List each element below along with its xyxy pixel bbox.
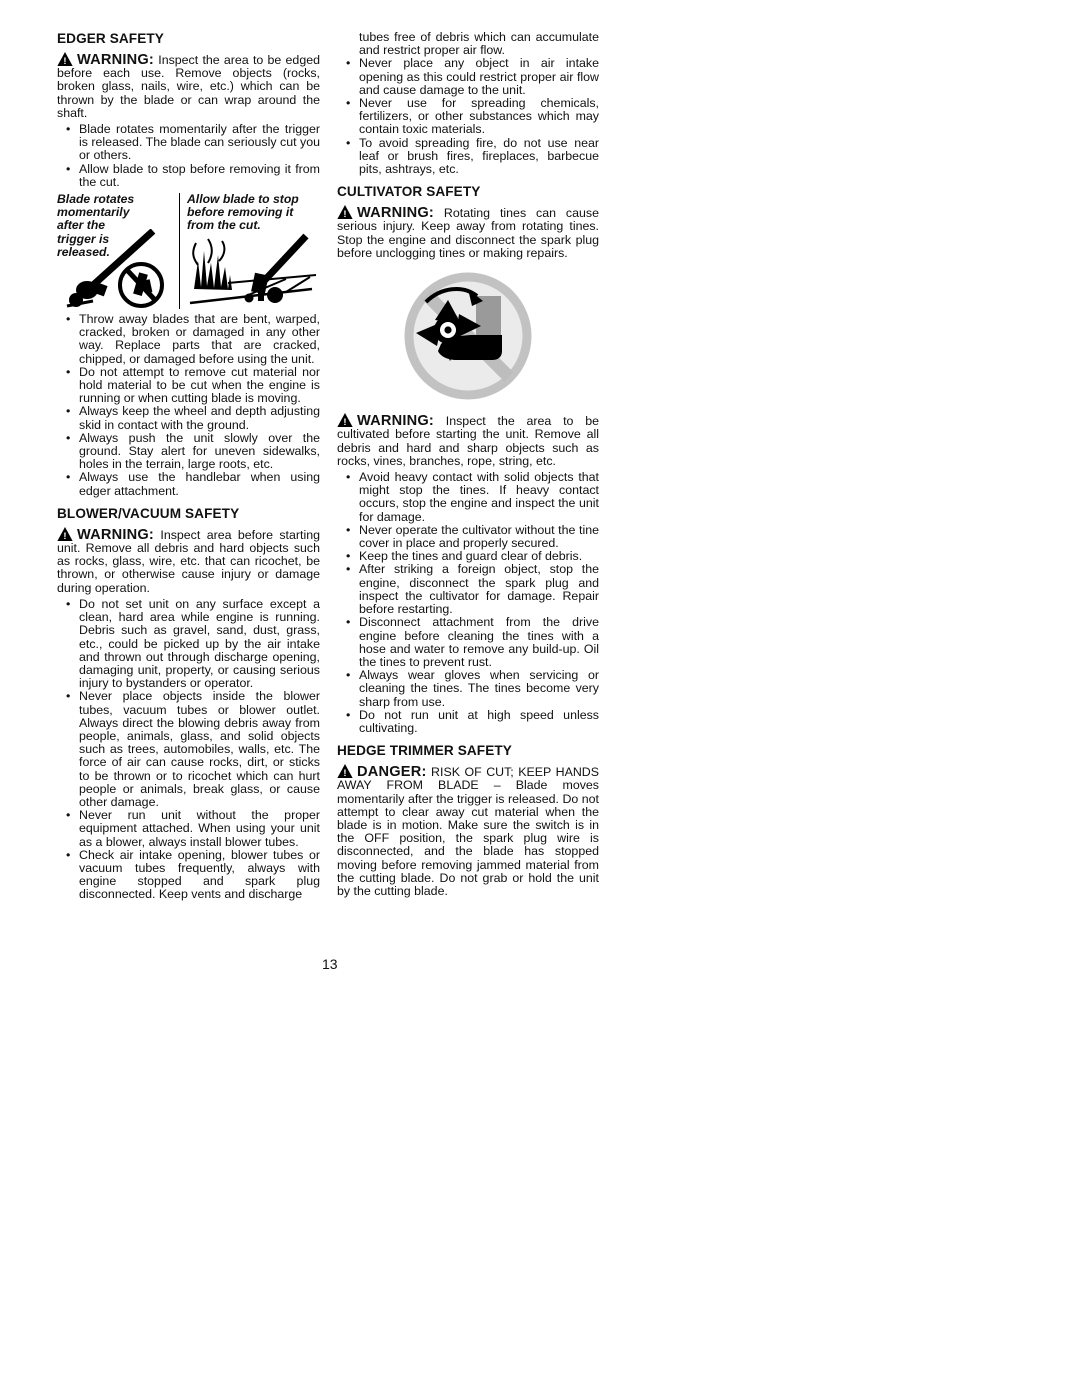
svg-text:!: ! xyxy=(343,209,346,219)
warning-triangle-icon: ! xyxy=(57,52,73,66)
tine-boot-prohibition-figure xyxy=(337,269,599,406)
left-column: EDGER SAFETY !WARNING: Inspect the area … xyxy=(57,31,320,902)
cultivator-warning-paragraph-1: !WARNING: Rotating tines can cause serio… xyxy=(337,205,599,260)
page-number: 13 xyxy=(322,956,338,972)
no-touch-blade-icon xyxy=(120,264,162,306)
edger-bullet-list-bottom: Throw away blades that are bent, warped,… xyxy=(57,313,320,498)
edger-cutting-illustration xyxy=(188,231,318,307)
list-item: Do not set unit on any surface except a … xyxy=(57,598,320,690)
list-item: Throw away blades that are bent, warped,… xyxy=(57,313,320,366)
list-item: Do not run unit at high speed unless cul… xyxy=(337,709,599,735)
list-item: Always push the unit slowly over the gro… xyxy=(57,432,320,472)
edger-figure-right-panel: Allow blade to stop before removing it f… xyxy=(179,193,320,309)
edger-figure: Blade rotates momentarily after the trig… xyxy=(57,193,320,309)
svg-text:!: ! xyxy=(63,531,66,541)
right-column: tubes free of debris which can accumulat… xyxy=(337,31,599,901)
blower-bullet-list: Do not set unit on any surface except a … xyxy=(57,598,320,902)
warning-triangle-icon: ! xyxy=(337,764,353,778)
list-item: Never place any object in air intake ope… xyxy=(337,57,599,97)
danger-text: RISK OF CUT; KEEP HANDS AWAY FROM BLADE … xyxy=(337,765,599,898)
cultivator-bullet-list: Avoid heavy contact with solid objects t… xyxy=(337,471,599,735)
list-item: Disconnect attachment from the drive eng… xyxy=(337,616,599,669)
tine-boot-prohibition-icon xyxy=(401,269,535,403)
list-item: Never run unit without the proper equipm… xyxy=(57,809,320,849)
list-item: Always keep the wheel and depth adjustin… xyxy=(57,405,320,431)
list-item: Blade rotates momentarily after the trig… xyxy=(57,123,320,163)
svg-text:!: ! xyxy=(343,768,346,778)
blower-bullet-list-continued: Never place any object in air intake ope… xyxy=(337,57,599,176)
edger-bullet-list-top: Blade rotates momentarily after the trig… xyxy=(57,123,320,189)
svg-text:!: ! xyxy=(343,417,346,427)
edger-figure-left-panel: Blade rotates momentarily after the trig… xyxy=(57,193,177,309)
list-item: Always use the handlebar when using edge… xyxy=(57,471,320,497)
list-item: Do not attempt to remove cut material no… xyxy=(57,366,320,406)
blower-vacuum-safety-heading: BLOWER/VACUUM SAFETY xyxy=(57,506,320,521)
manual-page: EDGER SAFETY !WARNING: Inspect the area … xyxy=(0,0,1080,1397)
edger-warning-paragraph: !WARNING: Inspect the area to be edged b… xyxy=(57,52,320,120)
cultivator-safety-heading: CULTIVATOR SAFETY xyxy=(337,184,599,199)
warning-triangle-icon: ! xyxy=(337,413,353,427)
list-item: Always wear gloves when servicing or cle… xyxy=(337,669,599,709)
warning-triangle-icon: ! xyxy=(57,527,73,541)
svg-text:!: ! xyxy=(63,56,66,66)
warning-triangle-icon: ! xyxy=(337,205,353,219)
list-item: Avoid heavy contact with solid objects t… xyxy=(337,471,599,524)
list-item: Check air intake opening, blower tubes o… xyxy=(57,849,320,902)
figure-caption-left: Blade rotates momentarily after the trig… xyxy=(57,193,137,259)
list-item: To avoid spreading fire, do not use near… xyxy=(337,137,599,177)
figure-caption-right: Allow blade to stop before removing it f… xyxy=(187,193,320,233)
blower-continuation-text: tubes free of debris which can accumulat… xyxy=(337,31,599,57)
list-item: Never place objects inside the blower tu… xyxy=(57,690,320,809)
cultivator-warning-paragraph-2: !WARNING: Inspect the area to be cultiva… xyxy=(337,413,599,468)
hedge-danger-paragraph: !DANGER: RISK OF CUT; KEEP HANDS AWAY FR… xyxy=(337,764,599,898)
blower-warning-paragraph: !WARNING: Inspect area before starting u… xyxy=(57,527,320,595)
hedge-trimmer-safety-heading: HEDGE TRIMMER SAFETY xyxy=(337,743,599,758)
edger-safety-heading: EDGER SAFETY xyxy=(57,31,320,46)
list-item: Allow blade to stop before removing it f… xyxy=(57,163,320,189)
list-item: After striking a foreign object, stop th… xyxy=(337,563,599,616)
list-item: Never use for spreading chemicals, ferti… xyxy=(337,97,599,137)
list-item: Never operate the cultivator without the… xyxy=(337,524,599,550)
